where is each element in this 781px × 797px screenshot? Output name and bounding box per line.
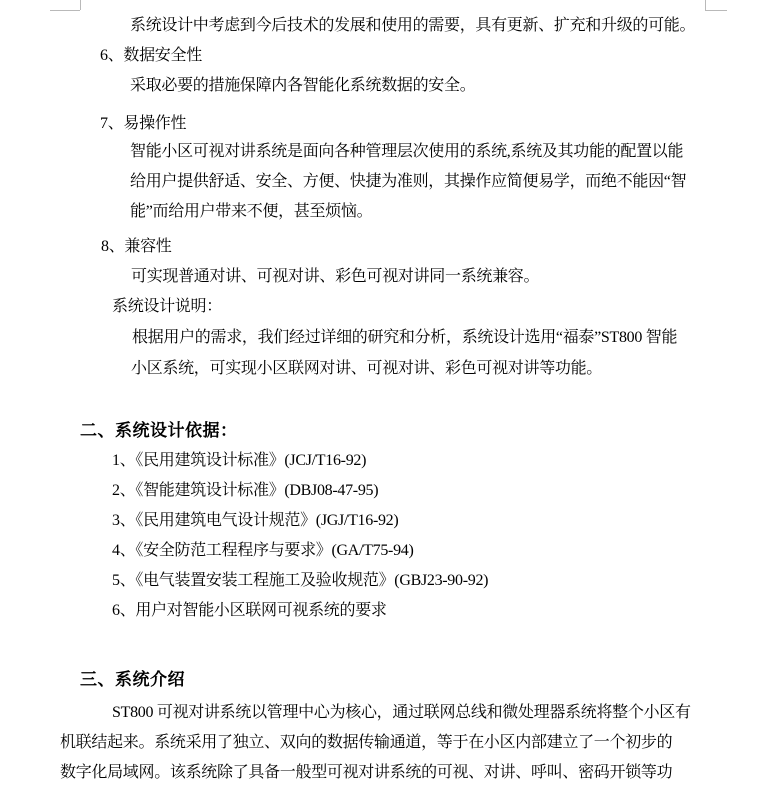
paragraph-line: 给用户提供舒适、安全、方便、快捷为准则，其操作应简便易学，而绝不能因“智	[130, 174, 686, 191]
section-heading-introduction: 三、系统介绍	[80, 671, 185, 689]
crop-mark-top-left-horizontal	[50, 10, 80, 11]
reference-list-item: 1、《民用建筑设计标准》(JCJ/T16-92)	[112, 453, 366, 470]
paragraph-line: 系统设计中考虑到今后技术的发展和使用的需要，具有更新、扩充和升级的可能。	[130, 18, 695, 35]
paragraph-line: 小区系统，可实现小区联网对讲、可视对讲、彩色可视对讲等功能。	[131, 361, 602, 378]
document-page: 系统设计中考虑到今后技术的发展和使用的需要，具有更新、扩充和升级的可能。 6、数…	[0, 0, 781, 797]
crop-mark-top-right-vertical	[705, 0, 706, 10]
numbered-item-title: 6、数据安全性	[100, 48, 202, 65]
numbered-item-title: 7、易操作性	[100, 116, 186, 133]
paragraph-line: 能”而给用户带来不便，甚至烦恼。	[130, 204, 372, 221]
paragraph-line: 根据用户的需求，我们经过详细的研究和分析，系统设计选用“福泰”ST800 智能	[132, 330, 677, 347]
reference-list-item: 3、《民用建筑电气设计规范》(JGJ/T16-92)	[112, 513, 398, 530]
paragraph-line: 可实现普通对讲、可视对讲、彩色可视对讲同一系统兼容。	[131, 269, 539, 286]
section-heading-design-basis: 二、系统设计依据：	[80, 422, 238, 440]
paragraph-line: ST800 可视对讲系统以管理中心为核心，通过联网总线和微处理器系统将整个小区有	[112, 705, 691, 722]
paragraph-line: 智能小区可视对讲系统是面向各种管理层次使用的系统,系统及其功能的配置以能	[130, 144, 683, 161]
crop-mark-top-left-vertical	[80, 0, 81, 10]
reference-list-item: 4、《安全防范工程程序与要求》(GA/T75-94)	[112, 543, 414, 560]
reference-list-item: 5、《电气装置安装工程施工及验收规范》(GBJ23-90-92)	[112, 573, 488, 590]
paragraph-line: 机联结起来。系统采用了独立、双向的数据传输通道，等于在小区内部建立了一个初步的	[60, 735, 672, 752]
paragraph-line: 采取必要的措施保障内各智能化系统数据的安全。	[130, 78, 475, 95]
numbered-item-title: 8、兼容性	[101, 239, 172, 256]
note-label: 系统设计说明：	[112, 299, 222, 316]
reference-list-item: 2、《智能建筑设计标准》(DBJ08-47-95)	[112, 483, 378, 500]
reference-list-item: 6、用户对智能小区联网可视系统的要求	[112, 603, 387, 620]
paragraph-line: 数字化局域网。该系统除了具备一般型可视对讲系统的可视、对讲、呼叫、密码开锁等功	[60, 765, 672, 782]
crop-mark-top-right-horizontal	[705, 10, 727, 11]
